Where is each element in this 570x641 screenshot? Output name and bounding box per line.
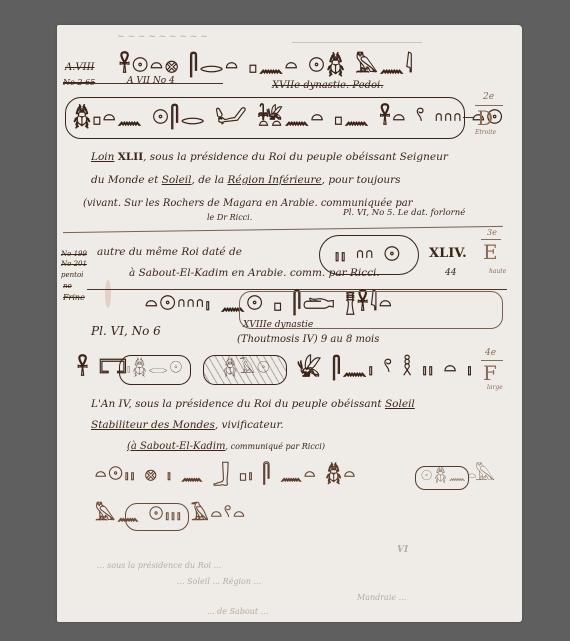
faded-text-2: ... sous la présidence du Roi ... xyxy=(97,562,221,570)
hieroglyph-row-f3-end: 𓅓 xyxy=(475,466,497,484)
hieroglyph-row-f3: 𓏏𓇳𓏤𓏤 𓊖 𓏤 𓈖 𓃀 𓊪𓏤 𓋴 𓈖𓏏 𓆣𓏏 xyxy=(95,466,357,484)
text-d2-mid: , de la xyxy=(192,174,225,186)
faint-rule xyxy=(292,42,422,43)
text-sabout: (à Sabout-El-Kadim xyxy=(127,441,226,452)
text-line-f3: (à Sabout-El-Kadim, communiqué par Ricci… xyxy=(127,442,325,452)
margin-ordinal-f: 4e xyxy=(485,349,496,358)
margin-letter-e: E xyxy=(483,242,498,262)
cartouche-f2-glyphs: 𓆣𓄿𓇳 xyxy=(223,360,272,376)
margin-note-mid-1: No 199 xyxy=(61,251,87,258)
dynasty-note-d: XVIIe dynastie. Pedoi. xyxy=(272,81,383,91)
margin-note-top-1: A.VIII xyxy=(65,63,94,73)
text-f2-end: , vivificateur. xyxy=(215,419,284,431)
margin-letter-f: F xyxy=(483,363,497,383)
text-line-f2: Stabiliteur des Mondes, vivificateur. xyxy=(91,420,284,431)
margin-letter-d: D xyxy=(477,108,493,128)
faded-text-1: VI xyxy=(397,546,408,555)
connector-line xyxy=(463,117,473,118)
text-stabiliteur: Stabiliteur des Mondes xyxy=(91,419,215,431)
margin-note-mid-4: no xyxy=(63,283,72,290)
margin-ordinal-d: 2e xyxy=(483,93,494,102)
bleed-through-text: ~ ~ ~ ~ ~ ~ ~ ~ ~ xyxy=(117,33,208,42)
ink-stain xyxy=(105,280,111,308)
cartouche-e-numerals: 𓏤𓏤 𓎆𓎆 𓇳 xyxy=(335,244,402,264)
cartouche-f3-glyphs: 𓇳𓆣𓈖𓏏 xyxy=(421,469,478,483)
faded-text-5: ... de Sabout ... xyxy=(207,608,268,616)
cartouche-d-glyphs: 𓆣𓊪𓏏𓈖 𓇳𓋴𓂋 𓂦 𓆥𓈖𓏏 𓊪𓈖 𓋹𓏏 𓍢 𓎆𓎆𓎆 𓏏𓇳 xyxy=(73,107,505,127)
margin-note-mid-2: No 201 xyxy=(61,261,87,268)
section-divider-f xyxy=(87,289,507,290)
text-line-e2: à Sabout-El-Kadim en Arabie. comm. par R… xyxy=(129,268,380,279)
margin-caption-f: large xyxy=(487,385,503,391)
faded-text-4: Mandraie ... xyxy=(357,594,406,602)
margin-note-mid-5: Frine xyxy=(63,294,85,302)
text-line-d4: le Dr Ricci. xyxy=(207,214,252,222)
margin-caption-d: Etroite xyxy=(475,130,496,136)
text-f1-soleil: Soleil xyxy=(385,398,415,410)
sub-year-44: 44 xyxy=(445,269,456,278)
text-region: Région Inférieure xyxy=(227,174,321,186)
text-soleil: Soleil xyxy=(162,174,192,186)
manuscript-page: ~ ~ ~ ~ ~ ~ ~ ~ ~ A.VIII No 2 65 No 199 … xyxy=(57,25,522,622)
text-line-d1: Loin XLII, sous la présidence du Roi du … xyxy=(91,152,448,163)
hieroglyph-row-f2-right: 𓆤 𓋴𓈖𓏤 𓍢 𓎛 𓏤𓏤 𓏏 𓏤 xyxy=(297,358,474,378)
text-loin: Loin xyxy=(91,151,114,163)
margin-note-mid-3: pentoi xyxy=(61,272,83,279)
year-xliv: XLIV. xyxy=(429,247,467,260)
year-xlii: XLII xyxy=(118,151,143,163)
dynasty-note-f: XVIIIe dynastie xyxy=(243,321,313,330)
struck-subnote: A VII No 4 xyxy=(127,77,175,86)
cartouche-f4 xyxy=(125,503,189,531)
text-f3-end: , communiqué par Ricci) xyxy=(226,442,325,451)
king-note-f: (Thoutmosis IV) 9 au 8 mois xyxy=(237,335,379,345)
hieroglyph-row-d1: 𓋹𓇳𓏏𓊖 𓋴𓂋𓏏 𓊪𓈖𓏏 𓇳𓆣 𓅓𓈖𓇋 xyxy=(119,55,415,75)
text-d1-rest: , sous la présidence du Roi du peuple ob… xyxy=(143,151,448,163)
text-line-f1: L'An IV, sous la présidence du Roi du pe… xyxy=(91,399,415,410)
text-d2-end: , pour toujours xyxy=(322,174,401,186)
faded-text-3: ... Soleil ... Région ... xyxy=(177,578,261,586)
text-f1-start: L'An IV, sous la présidence du Roi du pe… xyxy=(91,398,382,410)
cartouche-f1-glyphs: 𓏤𓆣𓂋𓇳 xyxy=(127,360,184,376)
margin-caption-e: haute xyxy=(489,269,506,275)
ref-note-f: Pl. VI, No 6 xyxy=(91,325,161,337)
text-line-d2: du Monde et Soleil, de la Région Inférie… xyxy=(91,175,401,186)
margin-ordinal-e: 3e xyxy=(487,229,497,237)
text-d2-start: du Monde et xyxy=(91,174,158,186)
section-divider xyxy=(63,226,503,233)
ref-note-d: Pl. VI, No 5. Le dat. forlorné xyxy=(343,209,465,218)
text-line-e1: autre du même Roi daté de xyxy=(97,247,242,258)
